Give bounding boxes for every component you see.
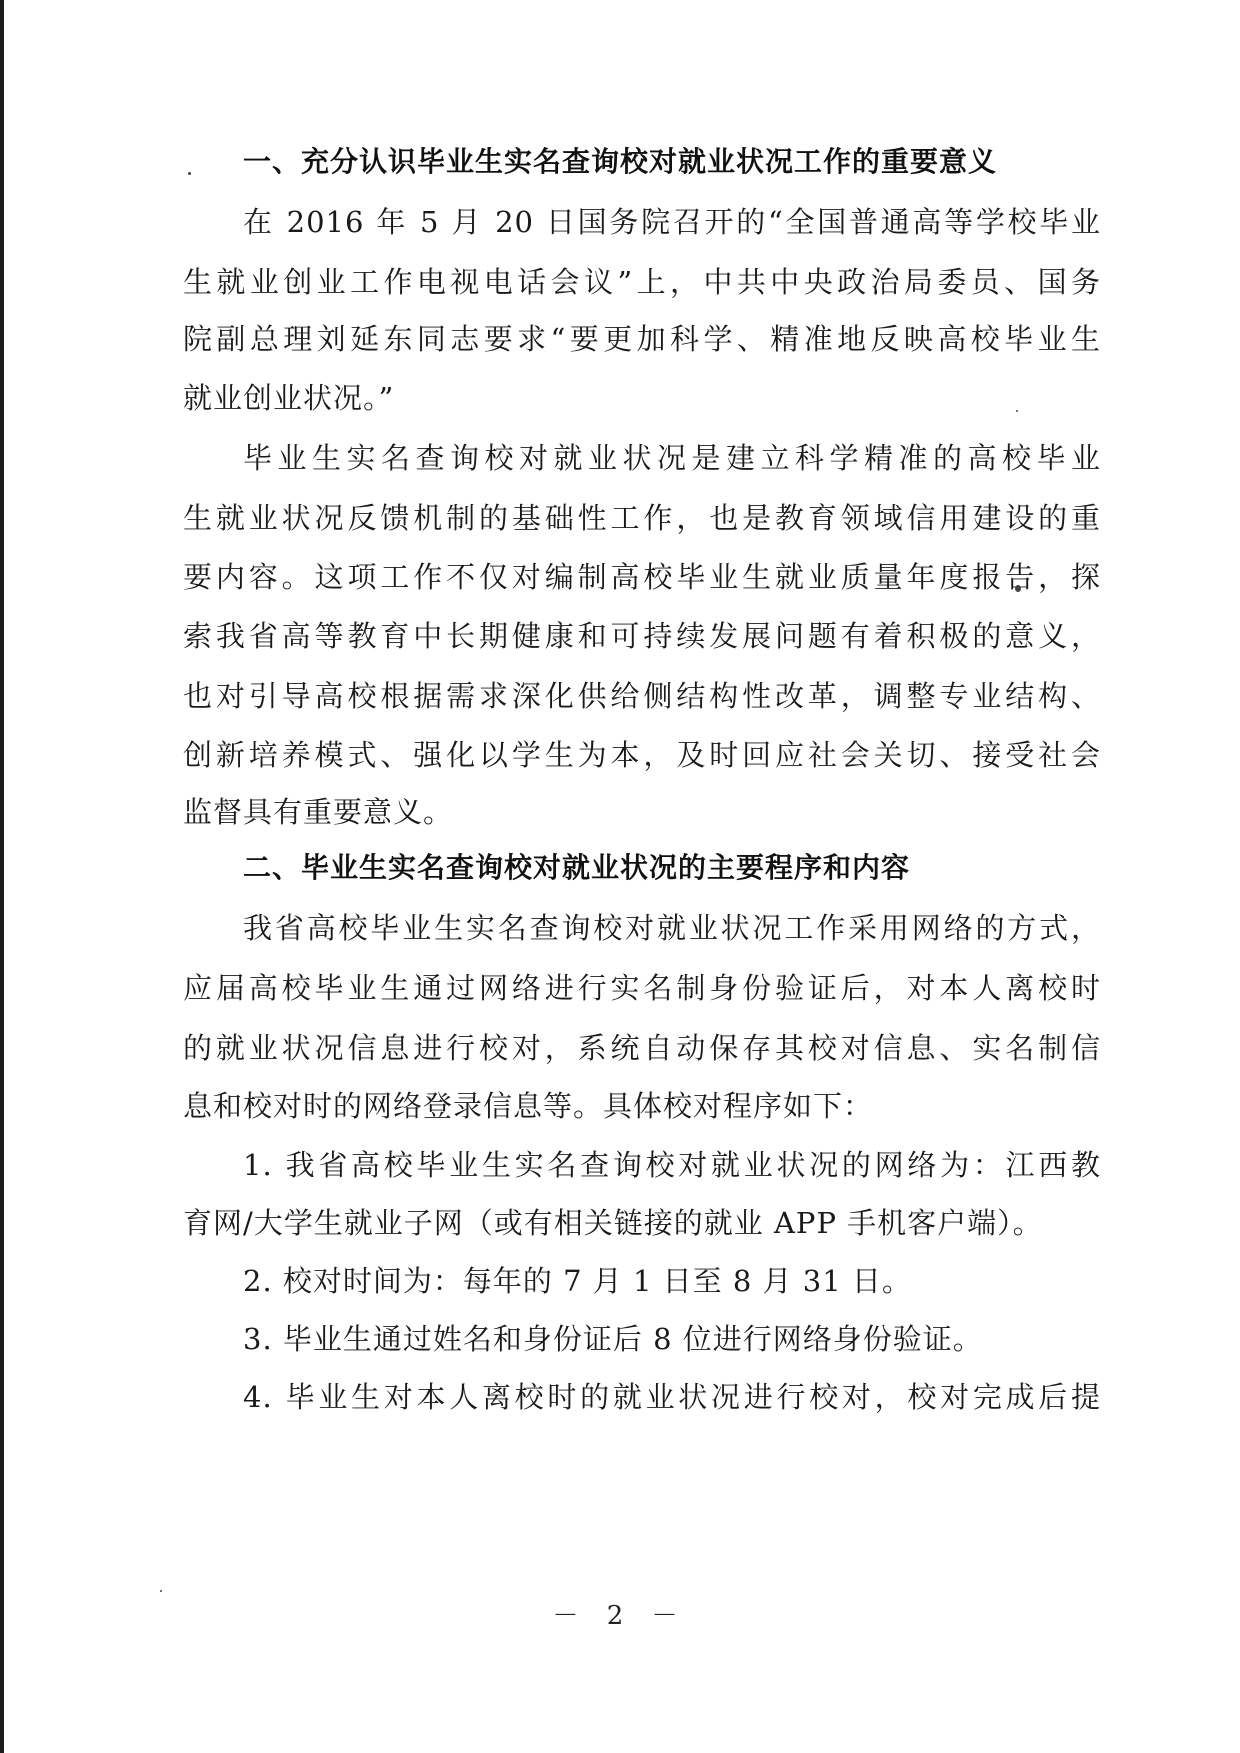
paragraph-line: 在 2016 年 5 月 20 日国务院召开的“全国普通高等学校毕业 xyxy=(243,200,1101,244)
section-heading-2: 二、毕业生实名查询校对就业状况的主要程序和内容 xyxy=(243,846,910,890)
paragraph-line: 索我省高等教育中长期健康和可持续发展问题有着积极的意义， xyxy=(183,614,1101,658)
paragraph-line: 也对引导高校根据需求深化供给侧结构性改革，调整专业结构、 xyxy=(183,674,1101,718)
scan-speck xyxy=(1015,585,1021,592)
paragraph-line: 院副总理刘延东同志要求“要更加科学、精准地反映高校毕业生 xyxy=(183,317,1101,361)
list-item-1-line: 育网/大学生就业子网（或有相关链接的就业 APP 手机客户端）。 xyxy=(183,1201,1101,1245)
paragraph-line: 生就业创业工作电视电话会议”上，中共中央政治局委员、国务 xyxy=(183,260,1101,304)
paragraph-line: 就业创业状况。” xyxy=(183,376,1101,420)
paragraph-line: 生就业状况反馈机制的基础性工作，也是教育领域信用建设的重 xyxy=(183,496,1101,540)
scan-speck xyxy=(188,172,191,175)
paragraph-line: 应届高校毕业生通过网络进行实名制身份验证后，对本人离校时 xyxy=(183,966,1101,1010)
list-item-3: 3. 毕业生通过姓名和身份证后 8 位进行网络身份验证。 xyxy=(243,1317,1101,1361)
paragraph-line: 息和校对时的网络登录信息等。具体校对程序如下： xyxy=(183,1084,1101,1128)
section-heading-1: 一、充分认识毕业生实名查询校对就业状况工作的重要意义 xyxy=(243,140,997,184)
list-item-1-line: 1. 我省高校毕业生实名查询校对就业状况的网络为：江西教 xyxy=(243,1143,1101,1187)
list-item-4: 4. 毕业生对本人离校时的就业状况进行校对，校对完成后提 xyxy=(243,1375,1101,1419)
paragraph-line: 的就业状况信息进行校对，系统自动保存其校对信息、实名制信 xyxy=(183,1026,1101,1070)
scan-speck xyxy=(1016,410,1018,412)
document-page: 一、充分认识毕业生实名查询校对就业状况工作的重要意义 在 2016 年 5 月 … xyxy=(0,0,1240,1753)
paragraph-line: 监督具有重要意义。 xyxy=(183,790,1101,834)
paragraph-line: 要内容。这项工作不仅对编制高校毕业生就业质量年度报告，探 xyxy=(183,555,1101,599)
page-number: － 2 － xyxy=(0,1596,1240,1636)
list-item-2: 2. 校对时间为：每年的 7 月 1 日至 8 月 31 日。 xyxy=(243,1259,1101,1303)
paragraph-line: 创新培养模式、强化以学生为本，及时回应社会关切、接受社会 xyxy=(183,733,1101,777)
scan-speck xyxy=(160,1590,162,1592)
paragraph-line: 毕业生实名查询校对就业状况是建立科学精准的高校毕业 xyxy=(243,436,1101,480)
paragraph-line: 我省高校毕业生实名查询校对就业状况工作采用网络的方式， xyxy=(243,906,1101,950)
